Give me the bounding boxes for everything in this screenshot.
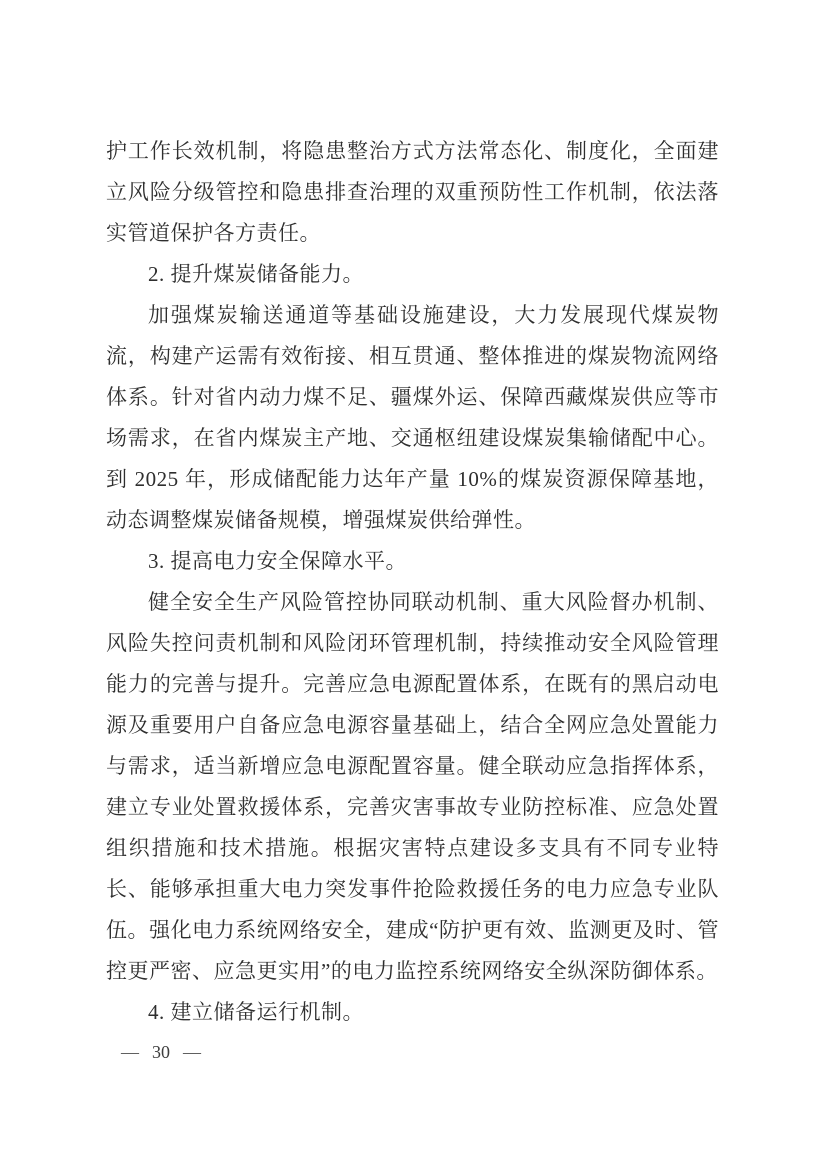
section-heading-2: 2. 提升煤炭储备能力。 (106, 254, 719, 295)
paragraph-coal-reserve: 加强煤炭输送通道等基础设施建设，大力发展现代煤炭物流，构建产运需有效衔接、相互贯… (106, 295, 719, 541)
section-heading-3: 3. 提高电力安全保障水平。 (106, 541, 719, 582)
section-heading-4: 4. 建立储备运行机制。 (106, 992, 719, 1033)
document-page: 护工作长效机制，将隐患整治方式方法常态化、制度化，全面建立风险分级管控和隐患排查… (0, 0, 827, 1169)
paragraph-power-safety: 健全安全生产风险管控协同联动机制、重大风险督办机制、风险失控问责机制和风险闭环管… (106, 582, 719, 992)
page-number-value: 30 (152, 1042, 170, 1063)
page-number: — 30 — (121, 1042, 201, 1063)
page-number-left-dash: — (121, 1042, 139, 1063)
page-number-right-dash: — (183, 1042, 201, 1063)
document-body: 护工作长效机制，将隐患整治方式方法常态化、制度化，全面建立风险分级管控和隐患排查… (106, 131, 719, 1033)
continuation-paragraph: 护工作长效机制，将隐患整治方式方法常态化、制度化，全面建立风险分级管控和隐患排查… (106, 131, 719, 254)
